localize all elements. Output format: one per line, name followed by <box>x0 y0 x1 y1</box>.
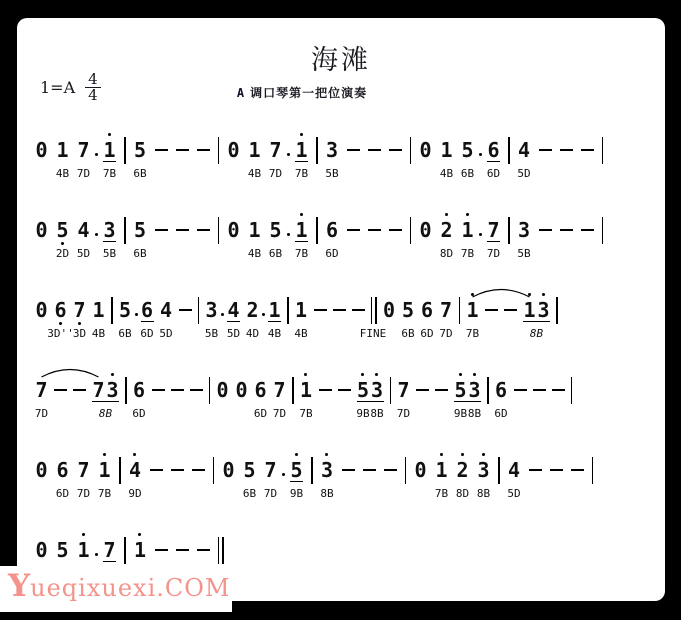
harmonica-tab: 7D <box>35 407 48 420</box>
barline <box>125 377 127 404</box>
note: 17B <box>77 540 90 562</box>
note: 35B <box>103 220 116 242</box>
note: 77D <box>273 380 286 402</box>
duration-dash <box>190 389 203 391</box>
beamed-group: 59B38B <box>454 380 481 402</box>
barline <box>209 377 211 404</box>
barline <box>311 457 313 484</box>
barline <box>410 137 412 164</box>
note: 17B <box>300 380 313 402</box>
duration-dash <box>581 149 594 151</box>
harmonica-tab: 5D <box>507 487 520 500</box>
score: 014B77D17B56B014B77D17B35B014B56B66D45D0… <box>35 122 655 602</box>
duration-dash <box>352 309 365 311</box>
note: 56B <box>461 140 474 162</box>
harmonica-tab: 7B <box>295 167 308 180</box>
duration-dash <box>539 149 552 151</box>
duration-dash <box>560 149 573 151</box>
harmonica-tab: 5B <box>205 327 218 340</box>
duration-dash <box>171 389 184 391</box>
sheet-music-screenshot: { "header": { "title": "海滩", "key": "1=A… <box>0 0 681 620</box>
barline <box>592 457 594 484</box>
rest-note: 0 <box>222 460 235 482</box>
harmonica-tab: 4D <box>246 327 259 340</box>
watermark: Yueqixuexi.COM <box>0 566 232 612</box>
harmonica-tab: 9B <box>454 407 467 420</box>
score-line: 014B77D17B56B014B77D17B35B014B56B66D45D <box>35 122 655 202</box>
harmonica-tab: 5B <box>103 247 116 260</box>
augmentation-dot <box>135 313 138 316</box>
note: 45D <box>518 140 531 162</box>
note: 49D <box>129 460 142 482</box>
harmonica-tab: 6D <box>325 247 338 260</box>
duration-dash <box>514 389 527 391</box>
duration-dash <box>552 389 565 391</box>
duration-dash <box>197 229 210 231</box>
watermark-lead-letter: Y <box>8 566 30 606</box>
note: 17B <box>134 540 147 562</box>
watermark-text: ueqixuexi.COM <box>30 574 230 602</box>
duration-dash <box>368 229 381 231</box>
harmonica-tab: 5B <box>325 167 338 180</box>
duration-dash <box>342 469 355 471</box>
note: 59B <box>357 380 370 402</box>
note: 35B <box>326 140 339 162</box>
note: 56B <box>134 140 147 162</box>
note: 77D <box>103 540 116 562</box>
harmonica-tab: 6B <box>461 167 474 180</box>
note: 77D <box>35 380 48 402</box>
duration-dash <box>192 469 205 471</box>
barline <box>602 217 604 244</box>
note: 56B <box>243 460 256 482</box>
note: 66D <box>495 380 508 402</box>
harmonica-tab: 6D <box>494 407 507 420</box>
duration-dash <box>176 549 189 551</box>
note: 77D <box>264 460 277 482</box>
harmonica-tab: 4B <box>92 327 105 340</box>
augmentation-dot <box>95 233 98 236</box>
barline <box>111 297 113 324</box>
augmentation-dot <box>287 233 290 236</box>
note: 66D <box>141 300 154 322</box>
harmonica-tab: 8D <box>456 487 469 500</box>
note: 66D <box>487 140 500 162</box>
duration-dash <box>73 389 86 391</box>
barline <box>405 457 407 484</box>
note: 77D <box>77 140 90 162</box>
rest-note: 0 <box>235 380 248 402</box>
score-paper: 海滩 1=A 4 4 A调口琴第一把位演奏 014B77D17B56B014B7… <box>17 18 665 601</box>
note: 73D <box>73 300 86 322</box>
duration-dash <box>176 229 189 231</box>
augmentation-dot <box>479 233 482 236</box>
harmonica-tab: 8B <box>468 407 481 420</box>
duration-dash <box>333 309 346 311</box>
note: 1 <box>523 300 536 322</box>
harmonica-tab: 6B <box>133 247 146 260</box>
barline <box>316 137 318 164</box>
barline <box>498 457 500 484</box>
duration-dash <box>539 229 552 231</box>
harmonica-tab: 6B <box>118 327 131 340</box>
harmonica-tab: 4B <box>248 247 261 260</box>
duration-dash <box>54 389 67 391</box>
harmonica-tab: 4B <box>268 327 281 340</box>
duration-dash <box>363 469 376 471</box>
note: 3 <box>106 380 119 402</box>
note: 59B <box>290 460 303 482</box>
note: 77D <box>77 460 90 482</box>
harmonica-tab: 6D <box>140 327 153 340</box>
note: 45D <box>77 220 90 242</box>
harmonica-tab: 5D <box>227 327 240 340</box>
duration-dash <box>504 309 517 311</box>
barline <box>459 297 461 324</box>
barline <box>571 377 573 404</box>
harmonica-tab: 9B <box>356 407 369 420</box>
note: 38B <box>468 380 481 402</box>
rest-note: 0 <box>419 220 432 242</box>
subtitle-key-accent: A <box>237 86 245 100</box>
beamed-group: 138B <box>523 300 550 322</box>
harmonica-tab: 8B <box>320 487 333 500</box>
harmonica-tab: 7D <box>77 487 90 500</box>
duration-dash <box>197 149 210 151</box>
barline <box>213 457 215 484</box>
note: 17B <box>295 220 308 242</box>
rest-note: 0 <box>35 300 48 322</box>
duration-dash <box>314 309 327 311</box>
note: 52D <box>56 220 69 242</box>
duration-dash <box>338 389 351 391</box>
harmonica-tab: 5B <box>517 247 530 260</box>
note: 38B <box>321 460 334 482</box>
harmonica-tab: 6B <box>133 167 146 180</box>
harmonica-tab: 4B <box>294 327 307 340</box>
harmonica-tab: 8B <box>530 327 543 340</box>
harmonica-tab: 7D <box>397 407 410 420</box>
song-title: 海滩 <box>17 38 665 77</box>
harmonica-tab: 7B <box>461 247 474 260</box>
barline <box>218 217 220 244</box>
score-line: 063D''73D14B56B66D45D35B45D24D14B14BFINE… <box>35 282 655 362</box>
note: 17B <box>466 300 479 322</box>
barline <box>119 457 121 484</box>
subtitle-text: 调口琴第一把位演奏 <box>250 86 367 100</box>
barline <box>508 137 510 164</box>
harmonica-tab: 2D <box>56 247 69 260</box>
augmentation-dot <box>221 313 224 316</box>
harmonica-tab: 7B <box>98 487 111 500</box>
rest-note: 0 <box>35 220 48 242</box>
beamed-group: 59B38B <box>357 380 384 402</box>
duration-dash <box>150 469 163 471</box>
barline <box>316 217 318 244</box>
note: 17B <box>461 220 474 242</box>
note: 14B <box>440 140 453 162</box>
harmonica-tab: 7B <box>295 247 308 260</box>
duration-dash <box>152 389 165 391</box>
harmonica-tab: 7D <box>487 247 500 260</box>
note: 38B <box>371 380 384 402</box>
duration-dash <box>368 149 381 151</box>
barline <box>602 137 604 164</box>
score-line: 77D738B66D0066D77D17B59B38B77D59B38B66D <box>35 362 655 442</box>
augmentation-dot <box>287 153 290 156</box>
note: 63D'' <box>54 300 67 322</box>
barline <box>124 217 126 244</box>
augmentation-dot <box>479 153 482 156</box>
harmonica-tab: 4B <box>56 167 69 180</box>
note: 3 <box>537 300 550 322</box>
harmonica-tab: 7D <box>439 327 452 340</box>
barline <box>508 217 510 244</box>
barline <box>287 297 289 324</box>
note: 66D <box>56 460 69 482</box>
note: 56B <box>119 300 132 322</box>
harmonica-tab: 4B <box>248 167 261 180</box>
augmentation-dot <box>95 553 98 556</box>
barline <box>124 537 126 564</box>
duration-dash <box>529 469 542 471</box>
barline <box>410 217 412 244</box>
note: 77D <box>440 300 453 322</box>
duration-dash <box>384 469 397 471</box>
duration-dash <box>319 389 332 391</box>
augmentation-dot <box>282 473 285 476</box>
harmonica-tab: 5D <box>517 167 530 180</box>
note: 35B <box>518 220 531 242</box>
note: 77D <box>269 140 282 162</box>
note: 66D <box>326 220 339 242</box>
barline <box>198 297 200 324</box>
harmonica-tab: 7B <box>103 167 116 180</box>
note: 14B <box>248 220 261 242</box>
note: 14B <box>248 140 261 162</box>
note: 24D <box>246 300 259 322</box>
rest-note: 0 <box>35 140 48 162</box>
rest-note: 0 <box>216 380 229 402</box>
harmonica-tab: 6D <box>56 487 69 500</box>
duration-dash <box>389 149 402 151</box>
harmonica-tab: 3D'' <box>47 327 74 340</box>
harmonica-tab: 7D <box>264 487 277 500</box>
harmonica-tab: 6B <box>243 487 256 500</box>
rest-note: 0 <box>414 460 427 482</box>
double-barline: D.S. <box>218 537 224 564</box>
duration-dash <box>155 549 168 551</box>
duration-dash <box>389 229 402 231</box>
duration-dash <box>560 229 573 231</box>
score-line: 066D77D17B49D056B77D59B38B017B28D38B45D <box>35 442 655 522</box>
note: 7 <box>92 380 105 402</box>
harmonica-tab: 8B <box>370 407 383 420</box>
duration-dash <box>155 149 168 151</box>
barline <box>556 297 558 324</box>
harmonica-tab: 8B <box>99 407 112 420</box>
note: 45D <box>160 300 173 322</box>
note: 66D <box>133 380 146 402</box>
subtitle: A调口琴第一把位演奏 <box>17 84 587 101</box>
note: 56B <box>56 540 69 562</box>
harmonica-tab: 7D <box>269 167 282 180</box>
harmonica-tab: 7B <box>299 407 312 420</box>
rest-note: 0 <box>35 540 48 562</box>
note: 56B <box>269 220 282 242</box>
note: 14B <box>268 300 281 322</box>
note: 17B <box>103 140 116 162</box>
note: 14B <box>92 300 105 322</box>
barline <box>124 137 126 164</box>
harmonica-tab: 6D <box>254 407 267 420</box>
duration-dash <box>179 309 192 311</box>
duration-dash <box>171 469 184 471</box>
duration-dash <box>155 229 168 231</box>
duration-dash <box>416 389 429 391</box>
harmonica-tab: 7D <box>77 167 90 180</box>
harmonica-tab: 9D <box>128 487 141 500</box>
harmonica-tab: 6B <box>269 247 282 260</box>
note: 35B <box>205 300 218 322</box>
duration-dash <box>571 469 584 471</box>
note: 77D <box>397 380 410 402</box>
note: 59B <box>454 380 467 402</box>
duration-dash <box>485 309 498 311</box>
tie-arc <box>35 282 655 362</box>
rest-note: 0 <box>419 140 432 162</box>
note: 17B <box>98 460 111 482</box>
duration-dash <box>533 389 546 391</box>
note: 17B <box>435 460 448 482</box>
barline <box>218 137 220 164</box>
harmonica-tab: 7D <box>273 407 286 420</box>
score-line: 052D45D35B56B014B56B17B66D028D17B77D35B <box>35 202 655 282</box>
rest-note: 0 <box>227 220 240 242</box>
note: 77D <box>487 220 500 242</box>
duration-dash <box>176 149 189 151</box>
rest-note: 0 <box>35 460 48 482</box>
note: 14B <box>295 300 308 322</box>
note: 66D <box>254 380 267 402</box>
note: 45D <box>508 460 521 482</box>
harmonica-tab: 4B <box>440 167 453 180</box>
note: 28D <box>440 220 453 242</box>
harmonica-tab: 9B <box>290 487 303 500</box>
note: 66D <box>421 300 434 322</box>
note: 56B <box>134 220 147 242</box>
beamed-group: 738B <box>92 380 119 402</box>
harmonica-tab: 3D <box>73 327 86 340</box>
harmonica-tab: 7B <box>466 327 479 340</box>
harmonica-tab: 6D <box>132 407 145 420</box>
barline <box>487 377 489 404</box>
repeat-label: FINE <box>360 327 387 340</box>
note: 17B <box>295 140 308 162</box>
note: 45D <box>227 300 240 322</box>
harmonica-tab: 6B <box>401 327 414 340</box>
duration-dash <box>197 549 210 551</box>
augmentation-dot <box>95 153 98 156</box>
duration-dash <box>550 469 563 471</box>
barline <box>292 377 294 404</box>
rest-note: 0 <box>383 300 396 322</box>
augmentation-dot <box>262 313 265 316</box>
harmonica-tab: 5D <box>77 247 90 260</box>
duration-dash <box>347 229 360 231</box>
double-barline: FINE <box>371 297 377 324</box>
note: 28D <box>456 460 469 482</box>
harmonica-tab: 5D <box>159 327 172 340</box>
note: 56B <box>402 300 415 322</box>
duration-dash <box>581 229 594 231</box>
note: 14B <box>56 140 69 162</box>
rest-note: 0 <box>227 140 240 162</box>
duration-dash <box>347 149 360 151</box>
harmonica-tab: 8B <box>477 487 490 500</box>
barline <box>390 377 392 404</box>
harmonica-tab: 7B <box>435 487 448 500</box>
harmonica-tab: 6D <box>420 327 433 340</box>
duration-dash <box>435 389 448 391</box>
note: 38B <box>477 460 490 482</box>
harmonica-tab: 6D <box>487 167 500 180</box>
harmonica-tab: 8D <box>440 247 453 260</box>
tie-arc <box>35 362 655 442</box>
